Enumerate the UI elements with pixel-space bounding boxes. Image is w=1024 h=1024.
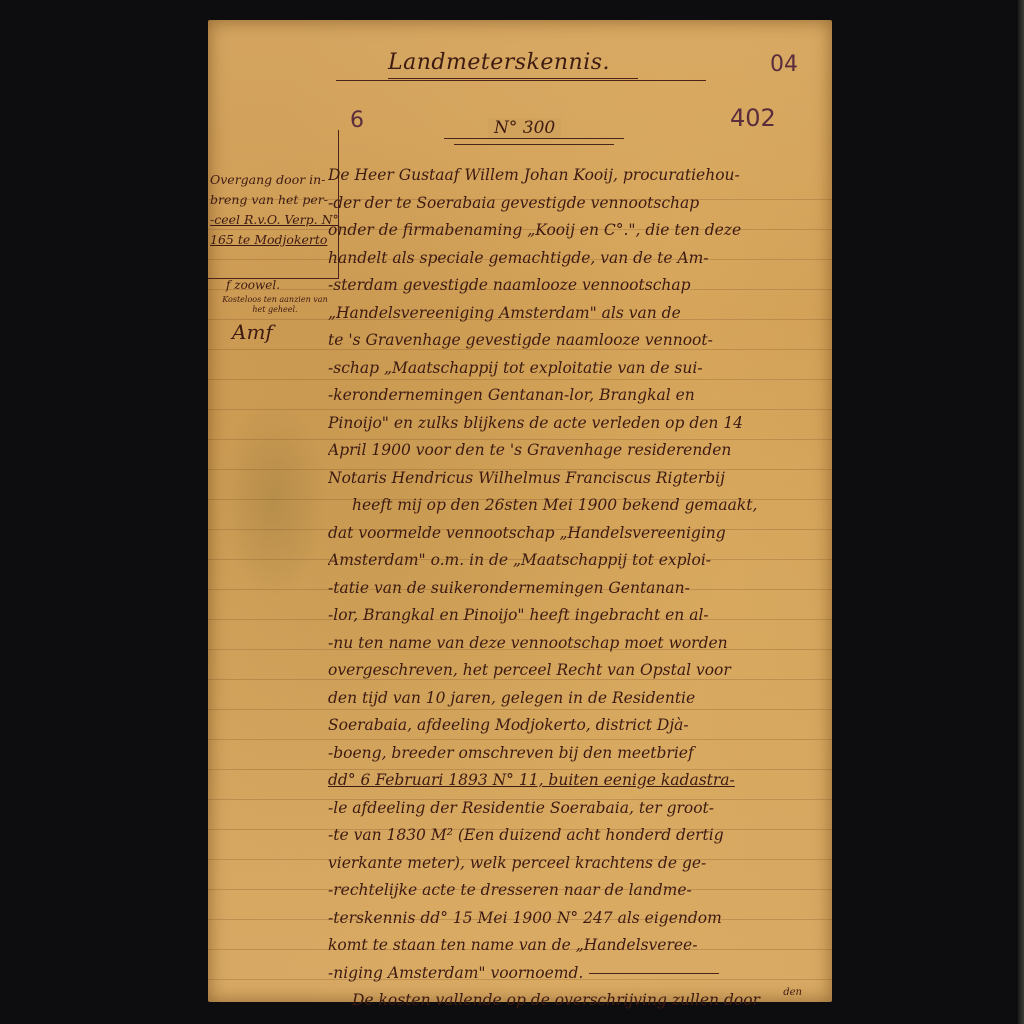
folio-top-right: 04: [770, 52, 798, 77]
body-line: -der der te Soerabaia gevestigde vennoot…: [328, 190, 828, 218]
body-line: Amsterdam" o.m. in de „Maatschappij tot …: [328, 547, 828, 575]
margin-title-line: 165 te Modjokerto: [210, 230, 338, 250]
document-heading: Landmeterskennis.: [388, 50, 610, 75]
body-line: -te van 1830 M² (Een duizend acht honder…: [328, 822, 828, 850]
body-line: te 's Gravenhage gevestigde naamlooze ve…: [328, 327, 828, 355]
record-number-rule: [444, 138, 624, 139]
body-line: De kosten vallende op de overschrijving …: [328, 987, 828, 1015]
body-line: -kerondernemingen Gentanan-lor, Brangkal…: [328, 382, 828, 410]
margin-fee: f zoowel.: [226, 278, 280, 292]
section-mark: 6: [350, 108, 364, 133]
catchword: den: [783, 987, 802, 998]
body-line: vierkante meter), welk perceel krachtens…: [328, 850, 828, 878]
body-line: heeft mij op den 26sten Mei 1900 bekend …: [328, 492, 828, 520]
body-line: -schap „Maatschappij tot exploitatie van…: [328, 355, 828, 383]
body-line: -terskennis dd° 15 Mei 1900 N° 247 als e…: [328, 905, 828, 933]
body-line: dat voormelde vennootschap „Handelsveree…: [328, 520, 828, 548]
margin-title-line: -ceel R.v.O. Verp. N°: [210, 210, 338, 230]
body-line: dd° 6 Februari 1893 N° 11, buiten eenige…: [328, 767, 828, 795]
body-line: Soerabaia, afdeeling Modjokerto, distric…: [328, 712, 828, 740]
margin-fee-note: Kosteloos ten aanzien van het geheel.: [220, 295, 330, 315]
body-line: Pinoijo" en zulks blijkens de acte verle…: [328, 410, 828, 438]
body-line: -boeng, breeder omschreven bij den meetb…: [328, 740, 828, 768]
body-line: komt te staan ten name van de „Handelsve…: [328, 932, 828, 960]
record-number-rule-2: [454, 144, 614, 145]
margin-title: Overgang door in- breng van het per- -ce…: [210, 170, 338, 250]
folio-number: 402: [730, 104, 776, 132]
background-edge: [1018, 0, 1024, 1024]
body-line-end: -niging Amsterdam" voornoemd.: [328, 960, 828, 988]
document-page: Landmeterskennis. 04 402 6 N° 300 Overga…: [208, 20, 832, 1002]
margin-box: Overgang door in- breng van het per- -ce…: [208, 148, 339, 279]
body-line: -tatie van de suikerondernemingen Gentan…: [328, 575, 828, 603]
body-line: -nu ten name van deze vennootschap moet …: [328, 630, 828, 658]
body-line: -lor, Brangkal en Pinoijo" heeft ingebra…: [328, 602, 828, 630]
body-line: „Handelsvereeniging Amsterdam" als van d…: [328, 300, 828, 328]
body-line: Notaris Hendricus Wilhelmus Franciscus R…: [328, 465, 828, 493]
record-number: N° 300: [488, 118, 561, 138]
body-line: handelt als speciale gemachtigde, van de…: [328, 245, 828, 273]
body-line: -sterdam gevestigde naamlooze vennootsch…: [328, 272, 828, 300]
body-line: onder de firmabenaming „Kooij en C°.", d…: [328, 217, 828, 245]
margin-title-line: Overgang door in-: [210, 170, 338, 190]
body-line: -le afdeeling der Residentie Soerabaia, …: [328, 795, 828, 823]
margin-title-line: breng van het per-: [210, 190, 338, 210]
closing-rule: [589, 973, 719, 974]
body-line: April 1900 voor den te 's Gravenhage res…: [328, 437, 828, 465]
document-body: De Heer Gustaaf Willem Johan Kooij, proc…: [328, 162, 828, 1015]
heading-rule: [336, 80, 706, 81]
heading-underline: [388, 78, 638, 79]
signature: Amf: [232, 320, 273, 344]
body-line: De Heer Gustaaf Willem Johan Kooij, proc…: [328, 162, 828, 190]
paper-stain: [218, 400, 328, 600]
body-line: overgeschreven, het perceel Recht van Op…: [328, 657, 828, 685]
body-line: -rechtelijke acte te dresseren naar de l…: [328, 877, 828, 905]
margin-divider: [338, 130, 339, 150]
body-line: -niging Amsterdam" voornoemd.: [328, 964, 583, 982]
body-line: den tijd van 10 jaren, gelegen in de Res…: [328, 685, 828, 713]
